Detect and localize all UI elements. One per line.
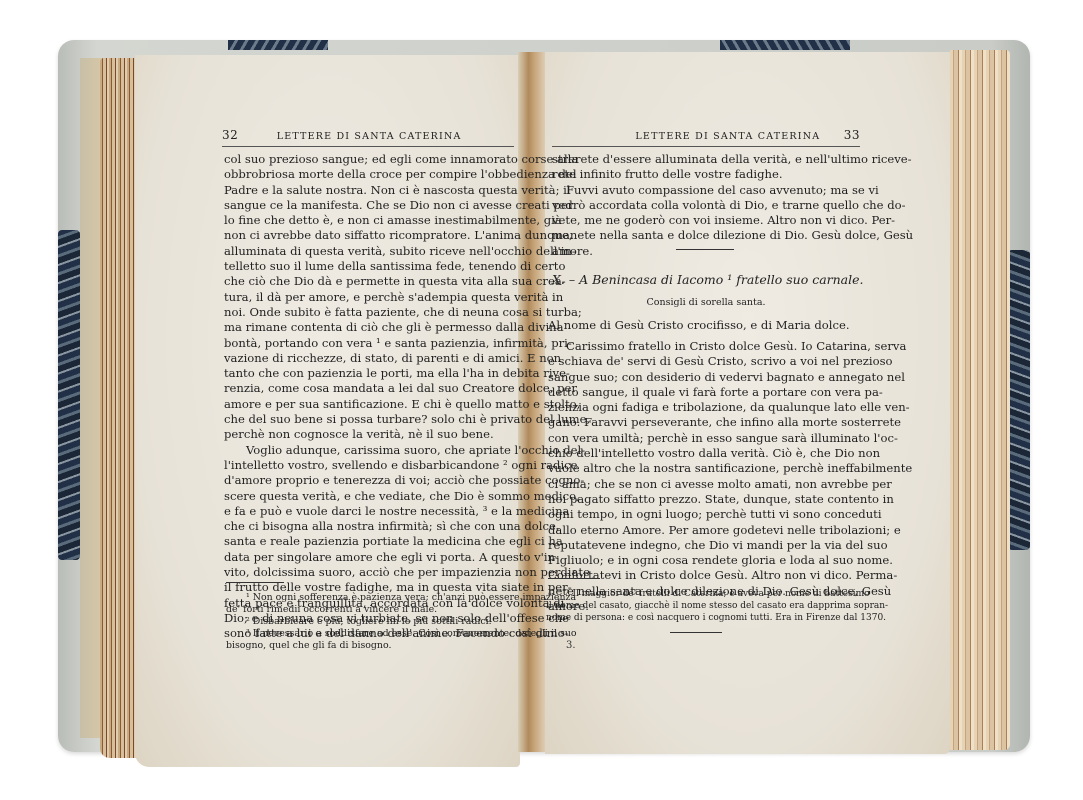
text-line: manete nella santa e dolce dilezione di … (552, 228, 860, 243)
text-line: che del suo bene si possa turbare? solo … (224, 412, 514, 427)
right-page-number: 33 (844, 128, 860, 142)
text-line: noi pagato siffatto prezzo. State, dunqu… (548, 492, 860, 507)
text-line: Confortatevi in Cristo dolce Gesù. Altro… (548, 568, 860, 583)
right-running-title: LETTERE DI SANTA CATERINA (635, 131, 820, 142)
text-line: perchè non cognosce la verità, nè il suo… (224, 427, 514, 442)
marbled-board-left (58, 230, 80, 560)
left-footnotes: ¹ Non ogni sofferenza è pazienza vera; c… (226, 592, 516, 652)
text-line: telletto suo il lume della santissima fe… (224, 259, 514, 274)
text-line: noi. Onde subito è fatta paziente, che d… (224, 305, 514, 320)
text-line: tura, il dà per amore, e perchè s'adempi… (224, 290, 514, 305)
right-prev-letter-text: strerete d'essere alluminata della verit… (552, 152, 860, 259)
left-footnote-rule (226, 582, 284, 583)
right-end-rule (670, 632, 722, 633)
text-line: bontà, portando con vera ¹ e santa pazie… (224, 336, 514, 351)
right-page-edges (950, 50, 1010, 750)
text-line: reputatevene indegno, che Dio vi mandi p… (548, 538, 860, 553)
text-line: vedrò accordata colla volontà di Dio, e … (552, 198, 860, 213)
text-line: dallo eterno Amore. Per amore godetevi n… (548, 523, 860, 538)
letter-separator-rule (676, 249, 734, 250)
text-line: e schiava de' servi di Gesù Cristo, scri… (548, 354, 860, 369)
text-line: Fuvvi avuto compassione del caso avvenut… (552, 183, 860, 198)
marbled-board-top-right (720, 40, 850, 50)
signature-mark: 3. (566, 640, 576, 651)
right-footnote-rule (548, 578, 600, 579)
text-line: Figliuolo; e in ogni cosa rendete gloria… (548, 553, 860, 568)
text-line: Padre e la salute nostra. Non ci è nasco… (224, 183, 514, 198)
text-line: vazione di ricchezze, di stato, di paren… (224, 351, 514, 366)
left-running-title: LETTERE DI SANTA CATERINA (277, 131, 462, 142)
text-line: sangue suo; con desiderio di vedervi bag… (548, 370, 860, 385)
left-paragraph-1: col suo prezioso sangue; ed egli come in… (224, 152, 514, 443)
text-line: amore. (552, 244, 860, 259)
text-line: alluminata di questa verità, subito rice… (224, 244, 514, 259)
right-letter-body: Carissimo fratello in Cristo dolce Gesù.… (548, 339, 860, 614)
salutation-line: Al nome di Gesù Cristo crocifisso, e di … (548, 318, 860, 333)
text-line: e fa e può e vuole darci le nostre neces… (224, 504, 514, 519)
text-line: vito, dolcissima suoro, acciò che per im… (224, 565, 514, 580)
text-line: l'intelletto vostro, svellendo e disbarb… (224, 458, 514, 473)
footnote: bisogno, quel che gli fa di bisogno. (226, 640, 516, 652)
text-line: chio dell'intelletto vostro dalla verità… (548, 446, 860, 461)
text-line: Voglio adunque, carissima suoro, che apr… (224, 443, 514, 458)
text-line: amore e per sua santificazione. E chi è … (224, 397, 514, 412)
text-line: col suo prezioso sangue; ed egli come in… (224, 152, 514, 167)
left-page-header: 32 LETTERE DI SANTA CATERINA (222, 128, 514, 147)
text-line: sangue ce la manifesta. Che se Dio non c… (224, 198, 514, 213)
text-line: scere questa verità, e che vediate, che … (224, 489, 514, 504)
footnote: ² Disbarbicare è più, togliere fin le pi… (226, 616, 516, 628)
text-line: obbrobriosa morte della croce per compir… (224, 167, 514, 182)
footnote: de' forti rimedii occorrenti a vincere i… (226, 604, 516, 616)
text-line: che ciò che Dio dà e permette in questa … (224, 274, 514, 289)
text-line: d'amore proprio e tenerezza di voi; acci… (224, 473, 514, 488)
text-line: vuole altro che la nostra santificazione… (548, 461, 860, 476)
letter-subtitle: Consigli di sorella santa. (552, 297, 860, 308)
right-page-header: LETTERE DI SANTA CATERINA 33 (552, 128, 860, 147)
text-line: ogni tempo, in ogni luogo; perchè tutti … (548, 507, 860, 522)
text-line: strerete d'essere alluminata della verit… (552, 152, 860, 167)
text-line: ci ama; che se non ci avesse molto amati… (548, 477, 860, 492)
text-line: tanto che con pazienzia le porti, ma ell… (224, 366, 514, 381)
letter-title: X. – A Benincasa di Iacomo ¹ fratello su… (552, 272, 860, 287)
text-line: non ci avrebbe dato siffatto ricomprator… (224, 228, 514, 243)
left-page-number: 32 (222, 128, 238, 142)
text-line: renzia, come cosa mandata a lei dal suo … (224, 381, 514, 396)
footnote: ¹ Non ogni sofferenza è pazienza vera; c… (226, 592, 516, 604)
text-line: data per singolare amore che egli vi por… (224, 550, 514, 565)
text-line: ma rimane contenta di ciò che gli è perm… (224, 320, 514, 335)
left-body-text: col suo prezioso sangue; ed egli come in… (224, 152, 514, 642)
text-line: santa e reale pazienzia portiate la medi… (224, 534, 514, 549)
marbled-board-right (1008, 250, 1030, 550)
footnote: ³ Il necessario a soddisfare ad esse. Co… (226, 628, 516, 640)
text-line: che ci bisogna alla nostra infirmità; sì… (224, 519, 514, 534)
salutation: Al nome di Gesù Cristo crocifisso, e di … (548, 318, 860, 333)
footnote: ¹ Il maggior de' fratelli di Caterina; e… (546, 588, 862, 600)
text-line: con vera umiltà; perchè in esso sangue s… (548, 431, 860, 446)
text-line: zienzia ogni fadiga e tribolazione, da q… (548, 400, 860, 415)
marbled-board-top-left (228, 40, 328, 50)
footnote: il nome del casato, giacchè il nome stes… (546, 600, 862, 612)
footnote: nome di persona: e così nacquero i cogno… (546, 612, 862, 624)
text-line: rete infinito frutto delle vostre fadigh… (552, 167, 860, 182)
text-line: vete, me ne goderò con voi insieme. Altr… (552, 213, 860, 228)
text-line: Carissimo fratello in Cristo dolce Gesù.… (548, 339, 860, 354)
text-line: lo fine che detto è, e non ci amasse ine… (224, 213, 514, 228)
text-line: detto sangue, il quale vi farà forte a p… (548, 385, 860, 400)
right-footnotes: ¹ Il maggior de' fratelli di Caterina; e… (546, 588, 862, 624)
text-line: gano. Faravvi perseverante, che infino a… (548, 415, 860, 430)
